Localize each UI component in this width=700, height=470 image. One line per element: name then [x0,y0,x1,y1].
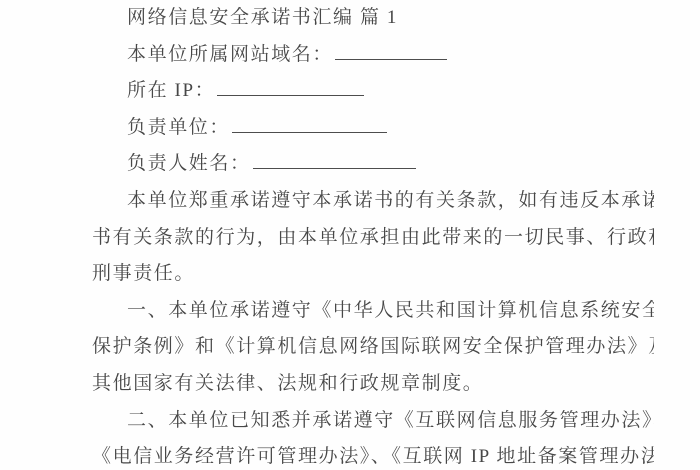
text-line: 《电信业务经营许可管理办法》、《互联网 IP 地址备案管理办法》、 [92,439,654,470]
text-line: 刑事责任。 [92,256,654,293]
form-field-line: 负责单位： [92,110,654,147]
document-title: 网络信息安全承诺书汇编 篇 1 [92,0,654,37]
text-line: 二、本单位已知悉并承诺遵守《互联网信息服务管理办法》、 [92,403,654,440]
field-label: 本单位所属网站域名： [127,44,333,65]
form-field-line: 所在 IP： [92,73,654,110]
blank-underline [217,76,364,96]
field-label: 负责单位： [127,117,230,138]
text-line: 其他国家有关法律、法规和行政规章制度。 [92,366,654,403]
field-label: 负责人姓名： [127,153,251,174]
document-page: 网络信息安全承诺书汇编 篇 1本单位所属网站域名：所在 IP：负责单位：负责人姓… [0,0,700,470]
text-line: 一、本单位承诺遵守《中华人民共和国计算机信息系统安全 [92,293,654,330]
field-label: 所在 IP： [127,80,215,101]
blank-underline [253,149,416,169]
text-line: 保护条例》和《计算机信息网络国际联网安全保护管理办法》及 [92,329,654,366]
blank-underline [335,40,447,60]
text-line: 书有关条款的行为，由本单位承担由此带来的一切民事、行政和 [92,220,654,257]
document-body: 网络信息安全承诺书汇编 篇 1本单位所属网站域名：所在 IP：负责单位：负责人姓… [0,0,700,470]
form-field-line: 本单位所属网站域名： [92,37,654,74]
text-line: 本单位郑重承诺遵守本承诺书的有关条款，如有违反本承诺 [92,183,654,220]
form-field-line: 负责人姓名： [92,146,654,183]
blank-underline [232,113,387,133]
